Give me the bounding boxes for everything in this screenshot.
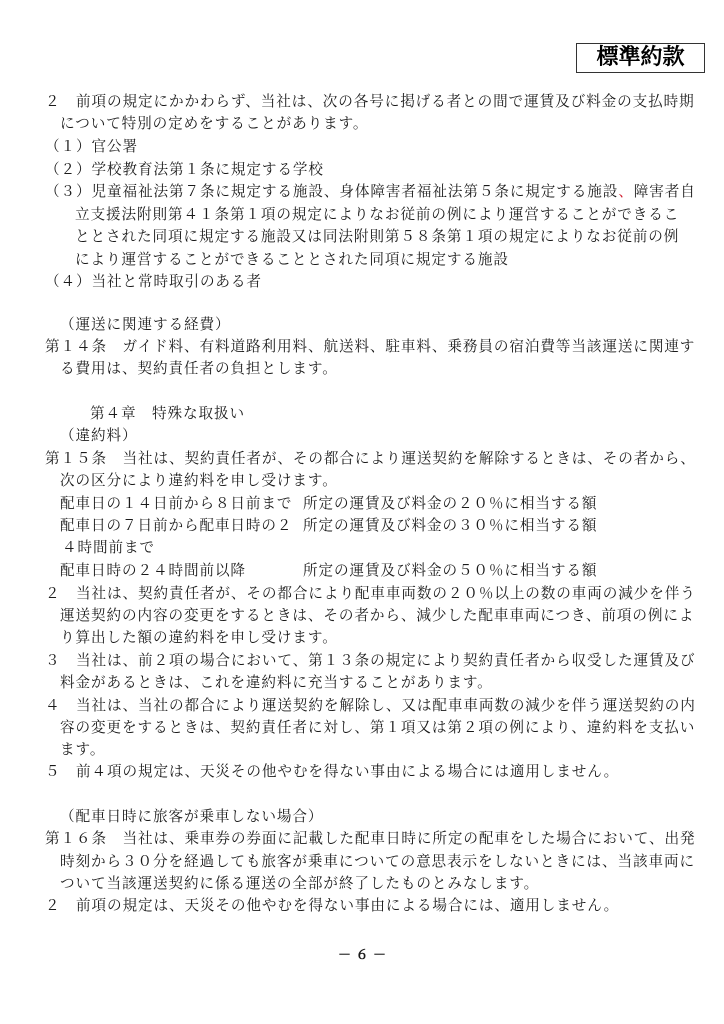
article16-line2: 時刻から３０分を経過しても旅客が乗車についての意思表示をしないときには、当該車両… — [60, 853, 695, 871]
para2-item1: （１）官公署 — [45, 138, 138, 156]
para2-item4: （４）当社と常時取引のある者 — [45, 273, 262, 291]
fee-row-2-amount: 所定の運賃及び料金の３０％に相当する額 — [303, 517, 597, 535]
para2-line2: について特別の定めをすることがあります。 — [60, 115, 368, 133]
para2-item2: （２）学校教育法第１条に規定する学校 — [45, 161, 324, 179]
para2-item3-line1: （３）児童福祉法第７条に規定する施設、身体障害者福祉法第５条に規定する施設、障害… — [45, 183, 696, 201]
item3-red-comma: 、 — [618, 183, 634, 200]
article14-caption: （運送に関連する経費） — [60, 316, 230, 334]
article15-line2: 次の区分により違約料を申し受けます。 — [60, 472, 338, 490]
article15-line1: 第１５条 当社は、契約責任者が、その都合により運送契約を解除するときは、その者か… — [45, 450, 696, 468]
para2-item3-line2: 立支援法附則第４１条第１項の規定によりなお従前の例により運営することができるこ — [75, 206, 679, 224]
article15-p4-line2: 容の変更をするときは、契約責任者に対し、第１項又は第２項の例により、違約料を支払… — [60, 719, 695, 737]
article15-p3-line2: 料金があるときは、これを違約料に充当することがあります。 — [60, 674, 493, 692]
fee-row-1-amount: 所定の運賃及び料金の２０％に相当する額 — [303, 495, 597, 513]
fee-row-3-period: 配車日時の２４時間前以降 — [60, 562, 246, 580]
standard-terms-badge: 標準約款 — [576, 43, 705, 73]
article14-line2: る費用は、契約責任者の負担とします。 — [60, 360, 338, 378]
article15-p2-line1: ２ 当社は、契約責任者が、その都合により配車車両数の２０％以上の数の車両の減少を… — [45, 585, 696, 603]
article15-caption: （違約料） — [60, 427, 137, 445]
article14-line1: 第１４条 ガイド料、有料道路利用料、航送料、駐車料、乗務員の宿泊費等当該運送に関… — [45, 338, 695, 356]
article16-p2-line1: ２ 前項の規定は、天災その他やむを得ない事由による場合には、適用しません。 — [45, 897, 619, 915]
para2-line1: ２ 前項の規定にかかわらず、当社は、次の各号に掲げる者との間で運賃及び料金の支払… — [45, 93, 695, 111]
article15-p2-line3: り算出した額の違約料を申し受けます。 — [60, 629, 338, 647]
page-number: － ６ － — [0, 944, 724, 963]
article16-line3: ついて当該運送契約に係る運送の全部が終了したものとみなします。 — [60, 875, 539, 893]
fee-row-2-period: 配車日の７日前から配車日時の２ — [60, 517, 292, 535]
article16-caption: （配車日時に旅客が乗車しない場合） — [60, 808, 323, 826]
article16-line1: 第１６条 当社は、乗車券の券面に記載した配車日時に所定の配車をした場合において、… — [45, 830, 695, 848]
article15-p2-line2: 運送契約の内容の変更をするときは、その者から、減少した配車車両につき、前項の例に… — [60, 607, 694, 625]
article15-p4-line3: ます。 — [60, 741, 105, 759]
fee-row-1-period: 配車日の１４日前から８日前まで — [60, 495, 292, 513]
article15-p4-line1: ４ 当社は、当社の都合により運送契約を解除し、又は配車車両数の減少を伴う運送契約… — [45, 697, 696, 715]
article15-p3-line1: ３ 当社は、前２項の場合において、第１３条の規定により契約責任者から収受した運賃… — [45, 652, 695, 670]
chapter4-title: 第４章 特殊な取扱い — [90, 405, 245, 423]
item3-text-a: （３）児童福祉法第７条に規定する施設、身体障害者福祉法第５条に規定する施設 — [45, 183, 618, 200]
para2-item3-line4: により運営することができることとされた同項に規定する施設 — [75, 251, 509, 269]
para2-item3-line3: ととされた同項に規定する施設又は同法附則第５８条第１項の規定によりなお従前の例 — [75, 228, 679, 246]
item3-text-b: 障害者自 — [634, 183, 696, 200]
fee-row-2-period-cont: ４時間前まで — [62, 539, 155, 557]
fee-row-3-amount: 所定の運賃及び料金の５０％に相当する額 — [303, 562, 597, 580]
article15-p5-line1: ５ 前４項の規定は、天災その他やむを得ない事由による場合には適用しません。 — [45, 763, 619, 781]
